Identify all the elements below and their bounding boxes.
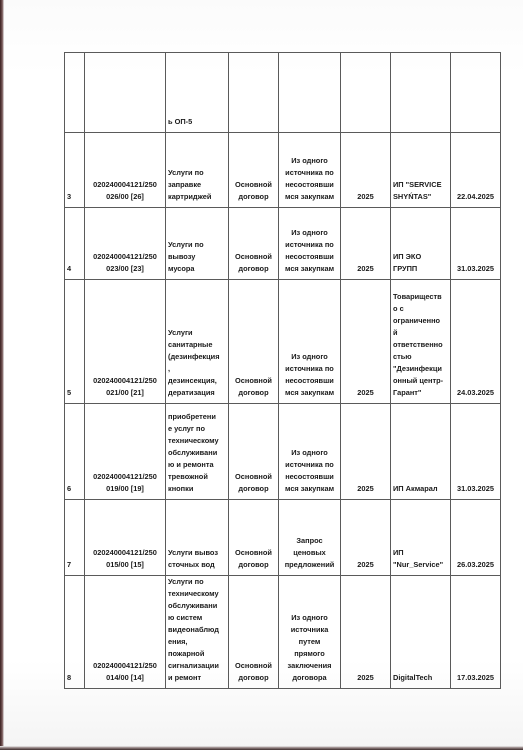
- cell-supplier: DigitalTech: [391, 576, 451, 689]
- cell-method: [279, 53, 341, 133]
- cell-name: приобретени е услуг по техническому обсл…: [166, 404, 229, 500]
- table-row: 4020240004121/250 023/00 [23]Услуги по в…: [65, 208, 501, 280]
- cell-code: 020240004121/250 014/00 [14]: [85, 576, 166, 689]
- table-row: 8020240004121/250 014/00 [14]Услуги по т…: [65, 576, 501, 689]
- cell-year: [341, 53, 391, 133]
- cell-method: Из одного источника по несостоявши мся з…: [279, 208, 341, 280]
- cell-name: Услуги вывоз сточных вод: [166, 500, 229, 576]
- cell-supplier: ИП "Nur_Service": [391, 500, 451, 576]
- cell-contract-type: [229, 53, 279, 133]
- table-row: 5020240004121/250 021/00 [21]Услуги сани…: [65, 280, 501, 404]
- cell-name: Услуги по техническому обслуживани ю сис…: [166, 576, 229, 689]
- scan-edge-left: [0, 0, 4, 750]
- table-row: 6020240004121/250 019/00 [19]приобретени…: [65, 404, 501, 500]
- cell-method: Запрос ценовых предложений: [279, 500, 341, 576]
- cell-number: 5: [65, 280, 85, 404]
- cell-date: 22.04.2025: [451, 133, 501, 208]
- cell-number: [65, 53, 85, 133]
- cell-name: Услуги по заправке картриджей: [166, 133, 229, 208]
- cell-number: 8: [65, 576, 85, 689]
- cell-contract-type: Основной договор: [229, 280, 279, 404]
- scan-edge-bottom: [0, 746, 523, 750]
- cell-code: 020240004121/250 023/00 [23]: [85, 208, 166, 280]
- cell-supplier: Товариществ о с ограниченно й ответствен…: [391, 280, 451, 404]
- cell-code: 020240004121/250 021/00 [21]: [85, 280, 166, 404]
- cell-code: 020240004121/250 015/00 [15]: [85, 500, 166, 576]
- cell-contract-type: Основной договор: [229, 576, 279, 689]
- cell-method: Из одного источника по несостоявши мся з…: [279, 133, 341, 208]
- table-row-continued: ь ОП-5: [65, 53, 501, 133]
- cell-number: 7: [65, 500, 85, 576]
- cell-year: 2025: [341, 576, 391, 689]
- cell-date: 26.03.2025: [451, 500, 501, 576]
- procurement-contracts-table: ь ОП-5 3020240004121/250 026/00 [26]Услу…: [64, 52, 501, 689]
- cell-code: 020240004121/250 019/00 [19]: [85, 404, 166, 500]
- cell-year: 2025: [341, 280, 391, 404]
- cell-supplier: [391, 53, 451, 133]
- cell-year: 2025: [341, 500, 391, 576]
- cell-number: 6: [65, 404, 85, 500]
- cell-date: [451, 53, 501, 133]
- cell-supplier: ИП ЭКО ГРУПП: [391, 208, 451, 280]
- cell-name: Услуги санитарные (дезинфекция , дезинсе…: [166, 280, 229, 404]
- cell-contract-type: Основной договор: [229, 208, 279, 280]
- cell-code: 020240004121/250 026/00 [26]: [85, 133, 166, 208]
- cell-method: Из одного источника по несостоявши мся з…: [279, 280, 341, 404]
- cell-date: 17.03.2025: [451, 576, 501, 689]
- cell-date: 31.03.2025: [451, 208, 501, 280]
- cell-contract-type: Основной договор: [229, 500, 279, 576]
- cell-contract-type: Основной договор: [229, 133, 279, 208]
- cell-year: 2025: [341, 208, 391, 280]
- cell-number: 3: [65, 133, 85, 208]
- cell-method: Из одного источника по несостоявши мся з…: [279, 404, 341, 500]
- cell-supplier: ИП Акмарал: [391, 404, 451, 500]
- table-row: 3020240004121/250 026/00 [26]Услуги по з…: [65, 133, 501, 208]
- cell-year: 2025: [341, 404, 391, 500]
- cell-method: Из одного источника путем прямого заключ…: [279, 576, 341, 689]
- cell-year: 2025: [341, 133, 391, 208]
- table-row: 7020240004121/250 015/00 [15]Услуги выво…: [65, 500, 501, 576]
- cell-name: ь ОП-5: [166, 53, 229, 133]
- cell-date: 31.03.2025: [451, 404, 501, 500]
- cell-name: Услуги по вывозу мусора: [166, 208, 229, 280]
- cell-contract-type: Основной договор: [229, 404, 279, 500]
- cell-code: [85, 53, 166, 133]
- cell-supplier: ИП "SERVICE SHYŃTAS": [391, 133, 451, 208]
- cell-number: 4: [65, 208, 85, 280]
- cell-date: 24.03.2025: [451, 280, 501, 404]
